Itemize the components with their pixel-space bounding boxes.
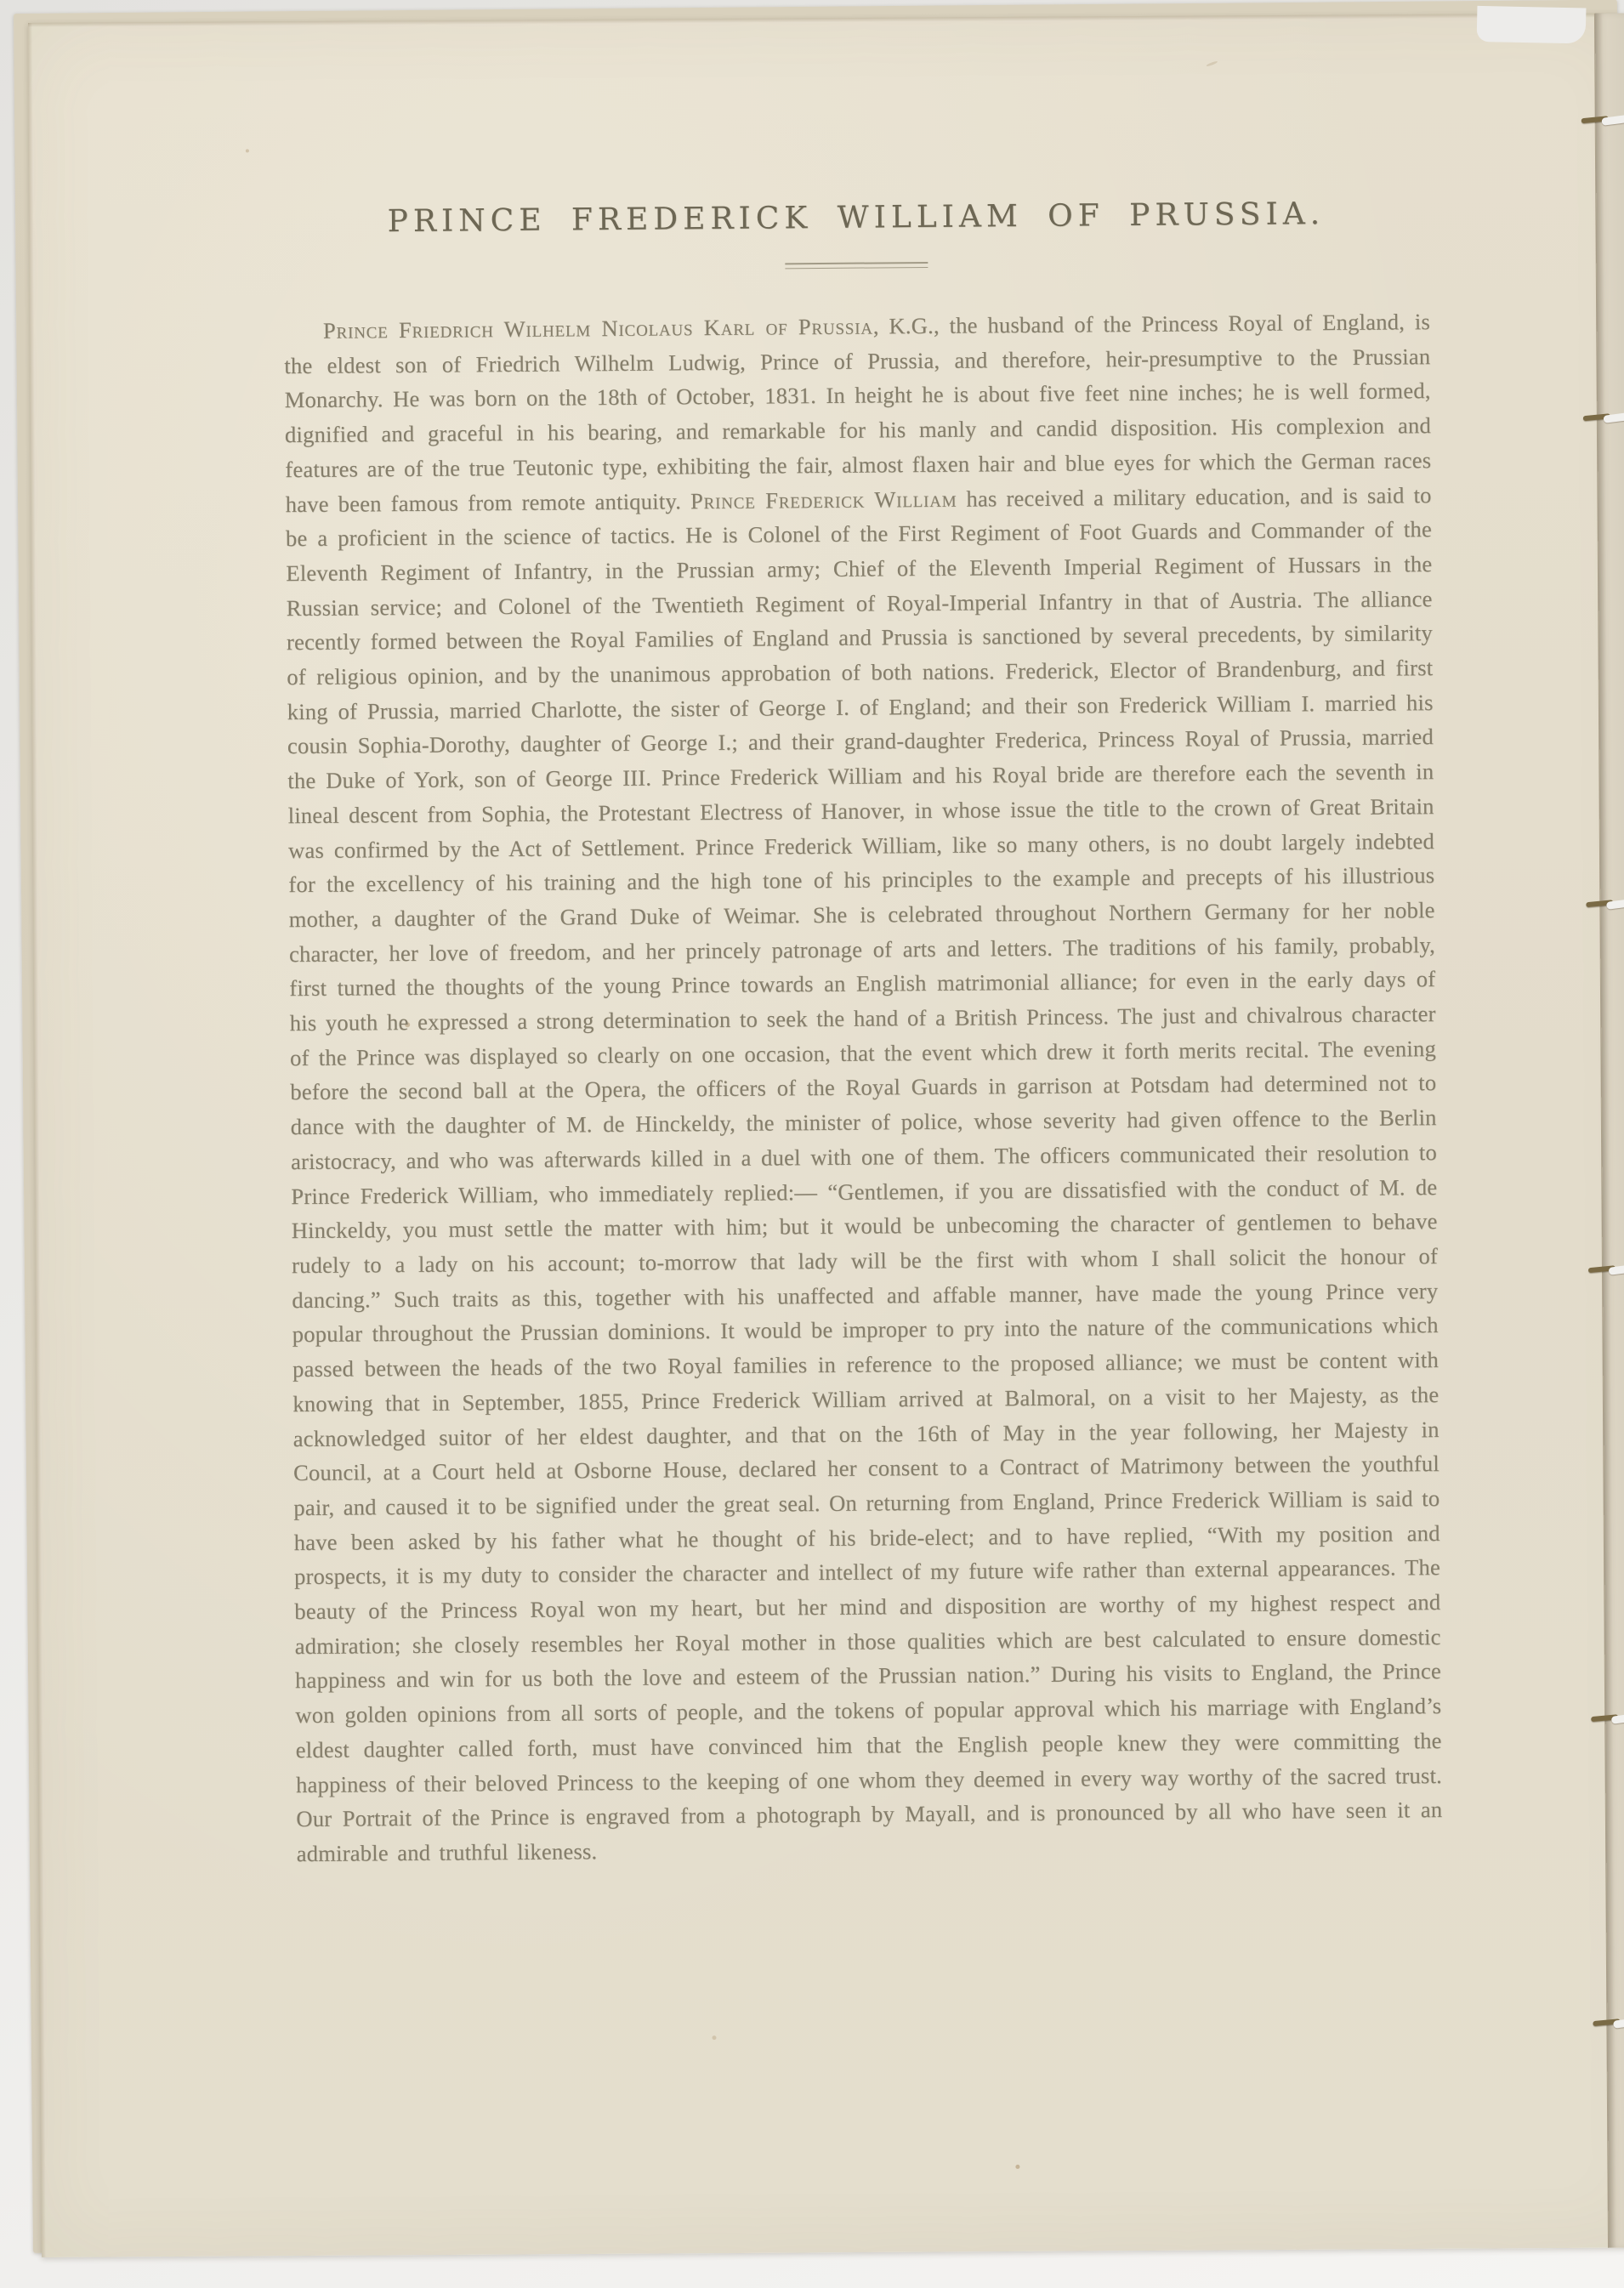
binding-stitch [1591, 1712, 1624, 1725]
smallcaps-text-segment: Prince Friedrich Wilhelm Nicolaus Karl o… [323, 313, 873, 343]
paper-spot [712, 2035, 716, 2040]
page-content: PRINCE FREDERICK WILLIAM OF PRUSSIA. Pri… [281, 12, 1443, 1871]
title-divider-rule [785, 262, 928, 269]
document-page: PRINCE FREDERICK WILLIAM OF PRUSSIA. Pri… [28, 13, 1624, 2257]
binding-stitch [1581, 113, 1624, 127]
binding-stitch [1586, 897, 1624, 911]
binding-fold [1594, 13, 1624, 2247]
binding-stitch [1583, 411, 1624, 424]
body-paragraph: Prince Friedrich Wilhelm Nicolaus Karl o… [284, 304, 1443, 1871]
page-title: PRINCE FREDERICK WILLIAM OF PRUSSIA. [283, 196, 1429, 240]
paper-spot [1015, 2165, 1019, 2169]
binding-stitch [1588, 1263, 1624, 1276]
paper-spot [246, 149, 249, 152]
photo-backdrop: PRINCE FREDERICK WILLIAM OF PRUSSIA. Pri… [0, 0, 1624, 2288]
binding-stitch [1593, 2016, 1624, 2030]
text-segment: has received a military education, and i… [286, 482, 1443, 1866]
torn-corner-chip [1477, 6, 1587, 44]
smallcaps-text-segment: Prince Frederick William [690, 485, 957, 514]
